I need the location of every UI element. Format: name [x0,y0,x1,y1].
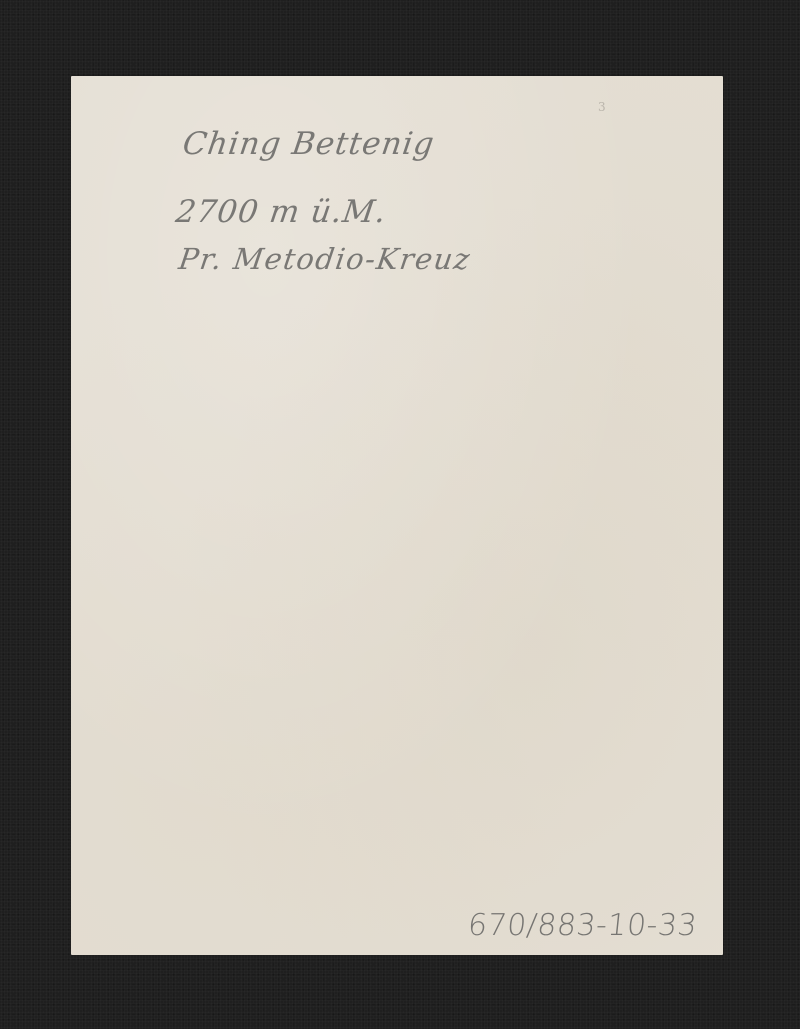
handwritten-location: Ching Bettenig [180,126,436,162]
handwritten-altitude: 2700 m ü.M. [173,194,388,230]
photo-card-back: 3 Ching Bettenig 2700 m ü.M. Pr. Metodio… [71,76,723,955]
handwritten-note: Pr. Metodio-Kreuz [177,242,474,276]
corner-pencil-mark: 3 [598,100,607,114]
archive-inventory-number: 670/883-10-33 [466,908,699,943]
